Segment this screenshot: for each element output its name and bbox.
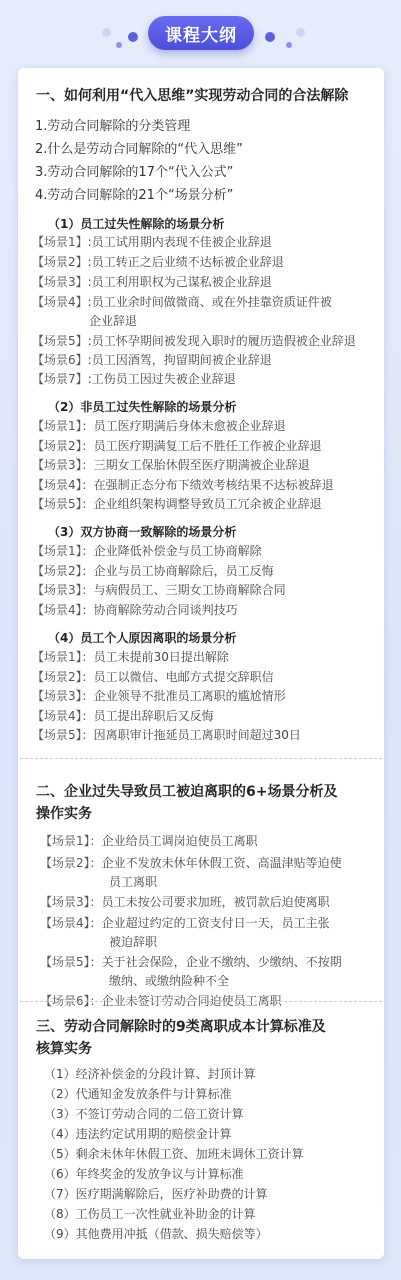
- subsection-4-title: （4）员工个人原因离职的场景分析: [48, 629, 236, 646]
- scenario-row: 【场景1】：员工未提前30日提出解除: [32, 649, 229, 666]
- scenario-text: 企业给员工调岗迫使员工离职: [102, 834, 258, 848]
- cost-item: （3）不签订劳动合同的二倍工资计算: [44, 1106, 244, 1123]
- scenario-sep: ：: [82, 544, 94, 558]
- scenario-row: 【场景2】：员工医疗期满复工后不胜任工作被企业辞退: [32, 438, 322, 455]
- scenario-row: 【场景1】：企业给员工调岗迫使员工离职: [40, 833, 258, 850]
- scenario-tag: 【场景4】: [40, 916, 90, 930]
- scenario-row: 【场景1】：员工医疗期满后身体未愈被企业辞退: [32, 418, 286, 435]
- scenario-text: 关于社会保险，企业不缴纳、少缴纳、不按期: [102, 955, 342, 969]
- scenario-row: 【场景2】：企业不发放未休年休假工资、高温津贴等迫使: [40, 855, 342, 872]
- scenario-row: 【场景4】：协商解除劳动合同谈判技巧: [32, 602, 238, 619]
- section-1-title: 一、如何利用“代入思维”实现劳动合同的合法解除: [36, 85, 366, 107]
- scenario-text: 员工试用期内表现不佳被企业辞退: [92, 235, 272, 249]
- scenario-row: 【场景6】:员工因酒驾，拘留期间被企业辞退: [32, 352, 272, 369]
- scenario-sep: ：: [82, 458, 94, 472]
- decor-dot-icon: [102, 28, 111, 37]
- scenario-text: 三期女工保胎休假至医疗期满被企业辞退: [94, 458, 310, 472]
- scenario-sep: ：: [82, 419, 94, 433]
- decor-dot-icon: [128, 32, 138, 42]
- scenario-sep: ：: [82, 670, 94, 684]
- scenario-row: 【场景2】：企业与员工协商解除后，员工反悔: [32, 563, 274, 580]
- scenario-sep: ：: [90, 916, 102, 930]
- scenario-tag: 【场景5】: [32, 497, 82, 511]
- scenario-text: 员工以微信、电邮方式提交辞职信: [94, 670, 274, 684]
- scenario-tag: 【场景2】: [32, 439, 82, 453]
- scenario-tag: 【场景5】: [40, 955, 90, 969]
- cost-item: （9）其他费用冲抵（借款、损失赔偿等）: [44, 1226, 268, 1243]
- section-3-title-line1: 三、劳动合同解除时的9类离职成本计算标准及: [36, 1016, 366, 1038]
- scenario-text: 员工业余时间做微商、或在外挂靠资质证件被: [92, 295, 332, 309]
- scenario-continuation: 缴纳、或缴纳险种不全: [109, 972, 229, 989]
- scenario-continuation: 被迫辞职: [109, 933, 157, 950]
- scenario-tag: 【场景7】: [32, 372, 88, 386]
- scenario-sep: ：: [82, 689, 94, 703]
- cost-item: （1）经济补偿金的分段计算、封顶计算: [44, 1066, 256, 1083]
- scenario-row: 【场景7】:工伤员工因过失被企业辞退: [32, 371, 236, 388]
- section-divider: [20, 1001, 382, 1002]
- scenario-row: 【场景4】：企业超过约定的工资支付日一天，员工主张: [40, 915, 330, 932]
- section-3-title: 三、劳动合同解除时的9类离职成本计算标准及 核算实务: [36, 1016, 366, 1060]
- scenario-row: 【场景5】：企业组织架构调整导致员工冗余被企业辞退: [32, 496, 322, 513]
- scenario-row: 【场景2】:员工转正之后业绩不达标被企业辞退: [32, 254, 284, 271]
- subsection-3-title: （3）双方协商一致解除的场景分析: [48, 523, 236, 540]
- decor-dot-icon: [116, 42, 122, 48]
- scenario-tag: 【场景3】: [32, 583, 82, 597]
- decor-dot-icon: [296, 28, 305, 37]
- scenario-tag: 【场景1】: [32, 419, 82, 433]
- scenario-sep: ：: [82, 478, 94, 492]
- scenario-row: 【场景1】:员工试用期内表现不佳被企业辞退: [32, 234, 272, 251]
- scenario-text: 员工医疗期满后身体未愈被企业辞退: [94, 419, 286, 433]
- scenario-sep: ：: [90, 955, 102, 969]
- decor-dot-icon: [265, 32, 275, 42]
- scenario-tag: 【场景1】: [32, 544, 82, 558]
- scenario-text: 员工未按公司要求加班，被罚款后迫使离职: [102, 895, 330, 909]
- cost-item: （7）医疗期满解除后，医疗补助费的计算: [44, 1186, 268, 1203]
- cost-item: （5）剩余未休年休假工资、加班未调休工资计算: [44, 1146, 304, 1163]
- section-2-title-line1: 二、企业过失导致员工被迫离职的6+场景分析及: [36, 781, 366, 803]
- section-2-title-line2: 操作实务: [36, 803, 366, 825]
- scenario-sep: ：: [90, 856, 102, 870]
- scenario-tag: 【场景4】: [32, 709, 82, 723]
- section-2-title: 二、企业过失导致员工被迫离职的6+场景分析及 操作实务: [36, 781, 366, 825]
- scenario-row: 【场景5】：关于社会保险，企业不缴纳、少缴纳、不按期: [40, 954, 342, 971]
- cost-item: （8）工伤员工一次性就业补助金的计算: [44, 1206, 256, 1223]
- scenario-text: 企业与员工协商解除后，员工反悔: [94, 564, 274, 578]
- scenario-tag: 【场景3】: [32, 275, 88, 289]
- cost-item: （4）违法约定试用期的赔偿金计算: [44, 1126, 232, 1143]
- section-divider: [20, 758, 382, 759]
- subsection-1-title: （1）员工过失性解除的场景分析: [48, 215, 224, 232]
- scenario-row: 【场景3】：企业领导不批准员工离职的尴尬情形: [32, 688, 286, 705]
- point-4: 4.劳动合同解除的21个“场景分析”: [35, 187, 233, 204]
- scenario-tag: 【场景5】: [32, 728, 82, 742]
- scenario-sep: ：: [82, 650, 94, 664]
- scenario-text: 企业超过约定的工资支付日一天，员工主张: [102, 916, 330, 930]
- scenario-tag: 【场景2】: [40, 856, 90, 870]
- scenario-row: 【场景3】：员工未按公司要求加班，被罚款后迫使离职: [40, 894, 330, 911]
- scenario-row: 【场景5】:员工怀孕期间被发现入职时的履历造假被企业辞退: [32, 333, 356, 350]
- scenario-tag: 【场景6】: [32, 353, 88, 367]
- scenario-text: 员工医疗期满复工后不胜任工作被企业辞退: [94, 439, 322, 453]
- cost-item: （2）代通知金发放条件与计算标准: [44, 1086, 232, 1103]
- scenario-text: 企业不发放未休年休假工资、高温津贴等迫使: [102, 856, 342, 870]
- scenario-text: 员工利用职权为己谋私被企业辞退: [92, 275, 272, 289]
- scenario-text: 企业降低补偿金与员工协商解除: [94, 544, 262, 558]
- section-3-title-line2: 核算实务: [36, 1038, 366, 1060]
- scenario-text: 因离职审计拖延员工离职时间超过30日: [94, 728, 301, 742]
- scenario-tag: 【场景3】: [32, 689, 82, 703]
- scenario-row: 【场景3】:员工利用职权为己谋私被企业辞退: [32, 274, 272, 291]
- scenario-text: 协商解除劳动合同谈判技巧: [94, 603, 238, 617]
- scenario-tag: 【场景4】: [32, 603, 82, 617]
- scenario-text: 员工怀孕期间被发现入职时的履历造假被企业辞退: [92, 334, 356, 348]
- scenario-text: 工伤员工因过失被企业辞退: [92, 372, 236, 386]
- scenario-tag: 【场景3】: [40, 895, 90, 909]
- scenario-tag: 【场景1】: [40, 834, 90, 848]
- scenario-tag: 【场景1】: [32, 650, 82, 664]
- point-1: 1.劳动合同解除的分类管理: [35, 118, 190, 135]
- scenario-sep: ：: [82, 439, 94, 453]
- scenario-sep: ：: [82, 583, 94, 597]
- scenario-sep: ：: [82, 497, 94, 511]
- scenario-text: 员工未提前30日提出解除: [94, 650, 229, 664]
- point-3: 3.劳动合同解除的17个“代入公式”: [35, 164, 233, 181]
- point-2: 2.什么是劳动合同解除的“代入思维”: [35, 141, 243, 158]
- scenario-text: 员工转正之后业绩不达标被企业辞退: [92, 255, 284, 269]
- cost-item: （6）年终奖金的发放争议与计算标准: [44, 1166, 244, 1183]
- scenario-text: 与病假员工、三期女工协商解除合同: [94, 583, 286, 597]
- scenario-sep: ：: [82, 709, 94, 723]
- scenario-sep: ：: [90, 834, 102, 848]
- scenario-text: 企业组织架构调整导致员工冗余被企业辞退: [94, 497, 322, 511]
- header: 课程大纲: [0, 0, 401, 64]
- title-badge: 课程大纲: [148, 16, 254, 50]
- subsection-2-title: （2）非员工过失性解除的场景分析: [48, 398, 236, 415]
- scenario-row: 【场景2】：员工以微信、电邮方式提交辞职信: [32, 669, 274, 686]
- scenario-tag: 【场景2】: [32, 564, 82, 578]
- scenario-row: 【场景3】：与病假员工、三期女工协商解除合同: [32, 582, 286, 599]
- scenario-sep: ：: [82, 603, 94, 617]
- scenario-tag: 【场景4】: [32, 295, 88, 309]
- outline-card: 一、如何利用“代入思维”实现劳动合同的合法解除 1.劳动合同解除的分类管理 2.…: [18, 68, 384, 1259]
- scenario-continuation: 员工离职: [109, 873, 157, 890]
- scenario-sep: ：: [82, 728, 94, 742]
- scenario-text: 员工因酒驾，拘留期间被企业辞退: [92, 353, 272, 367]
- scenario-sep: ：: [90, 895, 102, 909]
- scenario-text: 在强制正态分布下绩效考核结果不达标被辞退: [94, 478, 334, 492]
- scenario-continuation: 企业辞退: [89, 312, 137, 329]
- scenario-tag: 【场景2】: [32, 670, 82, 684]
- decor-dot-icon: [286, 42, 292, 48]
- scenario-row: 【场景3】：三期女工保胎休假至医疗期满被企业辞退: [32, 457, 310, 474]
- scenario-tag: 【场景4】: [32, 478, 82, 492]
- scenario-row: 【场景4】:员工业余时间做微商、或在外挂靠资质证件被: [32, 294, 332, 311]
- scenario-row: 【场景5】：因离职审计拖延员工离职时间超过30日: [32, 727, 301, 744]
- scenario-row: 【场景4】：员工提出辞职后又反悔: [32, 708, 214, 725]
- scenario-row: 【场景4】：在强制正态分布下绩效考核结果不达标被辞退: [32, 477, 334, 494]
- scenario-sep: ：: [82, 564, 94, 578]
- scenario-tag: 【场景5】: [32, 334, 88, 348]
- scenario-tag: 【场景2】: [32, 255, 88, 269]
- scenario-text: 员工提出辞职后又反悔: [94, 709, 214, 723]
- scenario-tag: 【场景3】: [32, 458, 82, 472]
- scenario-tag: 【场景1】: [32, 235, 88, 249]
- scenario-row: 【场景1】：企业降低补偿金与员工协商解除: [32, 543, 262, 560]
- scenario-text: 企业领导不批准员工离职的尴尬情形: [94, 689, 286, 703]
